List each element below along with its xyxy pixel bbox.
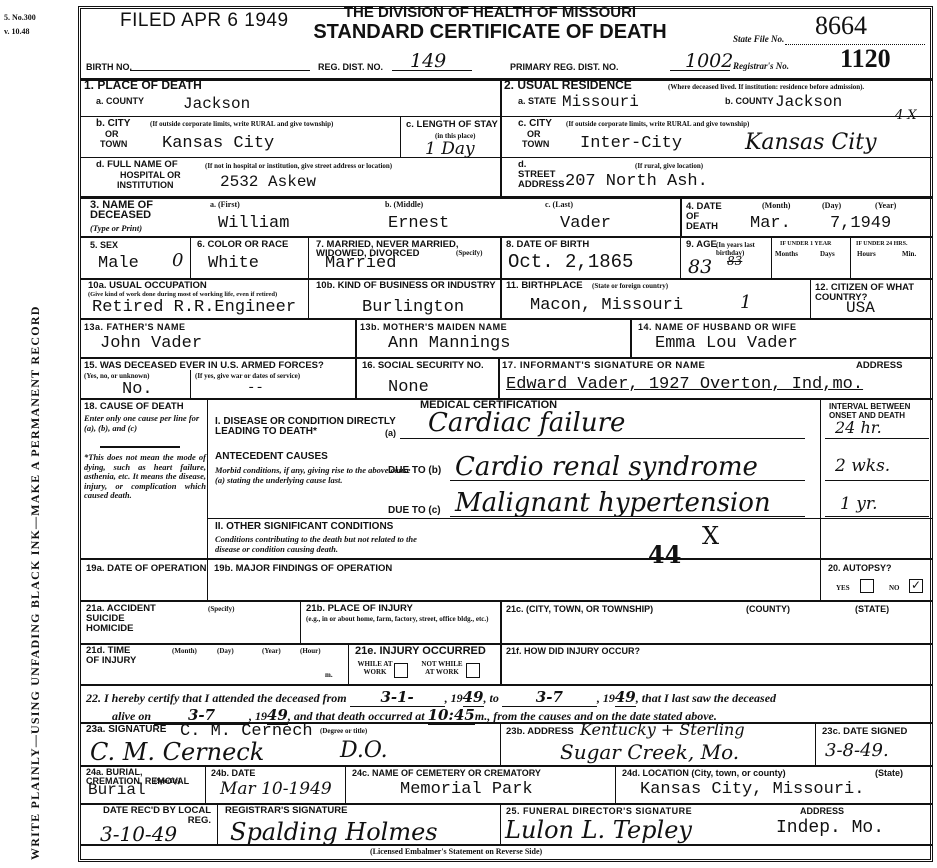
while-at-work-checkbox[interactable]	[394, 663, 408, 678]
pod-city-label: b. CITY	[96, 119, 130, 129]
funeral-director-signature: Lulon L. Tepley	[505, 816, 692, 844]
dod-dayyear-value[interactable]: 7,1949	[830, 216, 891, 232]
occupation-value[interactable]: Retired R.R.Engineer	[92, 300, 296, 316]
armed-forces-label: 15. WAS DECEASED EVER IN U.S. ARMED FORC…	[84, 361, 324, 371]
degree-value[interactable]: D.O.	[340, 738, 388, 763]
certify-text-3: , and that death occurred at	[288, 709, 425, 723]
year-prefix-1: , 19	[445, 691, 463, 705]
age-note: (In years last birthday)	[716, 241, 771, 257]
name-note: (Type or Print)	[90, 224, 142, 234]
burial-method-value[interactable]: Burial	[88, 782, 146, 798]
state-file-label: State File No.	[733, 34, 784, 44]
marital-note: (Specify)	[456, 249, 482, 257]
res-city-label: c. CITY	[518, 119, 552, 129]
to-text: , to	[484, 691, 499, 705]
physician-signature: C. M. Cerneck	[90, 738, 264, 766]
cause-note: Enter only one cause per line for (a), (…	[84, 414, 204, 433]
state-file-number: 8664	[815, 11, 867, 41]
name-label: 3. NAME OF DECEASED	[90, 200, 170, 220]
hospital-label-3: INSTITUTION	[117, 180, 174, 190]
armed-note-a: (Yes, no, or unknown)	[84, 372, 149, 380]
hours-label: Hours	[857, 250, 876, 258]
annotation-mark: X	[702, 522, 719, 550]
registrar-signature: Spalding Holmes	[230, 818, 438, 846]
res-state-value[interactable]: Missouri	[562, 94, 639, 110]
interval-a-line	[825, 438, 929, 439]
stay-label: c. LENGTH OF STAY	[406, 120, 498, 130]
reg-dist-label: REG. DIST. NO.	[318, 62, 383, 72]
days-label: Days	[820, 250, 835, 258]
injury-m-label: m.	[325, 671, 333, 679]
hospital-value[interactable]: 2532 Askew	[220, 174, 316, 190]
injury-year-label: (Year)	[262, 647, 281, 655]
first-name-label: a. (First)	[210, 201, 240, 209]
injury-county-label: (COUNTY)	[746, 604, 790, 614]
year-prefix-2: , 19	[597, 691, 615, 705]
birth-no-label: BIRTH NO.	[86, 62, 132, 72]
burial-location-value[interactable]: Kansas City, Missouri.	[640, 782, 864, 798]
dod-month-label: (Month)	[762, 202, 790, 210]
res-city-note: (If outside corporate limits, write RURA…	[566, 120, 749, 128]
antecedent-label: ANTECEDENT CAUSES	[215, 452, 328, 462]
father-label: 13a. FATHER'S NAME	[84, 322, 186, 332]
pod-city-note: (If outside corporate limits, write RURA…	[150, 120, 333, 128]
birthplace-note: (State or foreign country)	[592, 282, 668, 290]
autopsy-label: 20. AUTOPSY?	[828, 563, 892, 573]
under-year-label: IF UNDER 1 YEAR	[780, 240, 831, 248]
line-c-label: DUE TO (c)	[388, 506, 441, 516]
injury-time-label: 21d. TIME OF INJURY	[86, 646, 146, 666]
birthplace-code: 1	[740, 292, 751, 313]
injury-month-label: (Month)	[172, 647, 197, 655]
cemetery-value[interactable]: Memorial Park	[400, 782, 533, 798]
autopsy-no-label: NO	[889, 584, 900, 592]
interval-c-line	[825, 516, 929, 517]
cause-label: 18. CAUSE OF DEATH	[84, 402, 184, 412]
middle-name-label: b. (Middle)	[385, 201, 423, 209]
birthplace-label: 11. BIRTHPLACE	[506, 281, 583, 291]
burial-method-note: (Specify)	[154, 777, 180, 785]
father-value[interactable]: John Vader	[100, 336, 202, 352]
interval-b-line	[825, 480, 929, 481]
not-while-at-work-checkbox[interactable]	[466, 663, 480, 678]
dod-day-label: (Day)	[822, 202, 841, 210]
part2-label: II. OTHER SIGNIFICANT CONDITIONS	[215, 522, 393, 532]
cause-footnote: *This does not mean the mode of dying, s…	[84, 453, 206, 501]
attended-to-year[interactable]: 49	[615, 688, 636, 707]
injury-location-label: 21c. (CITY, TOWN, OR TOWNSHIP)	[506, 604, 653, 614]
autopsy-yes-label: YES	[836, 584, 850, 592]
funeral-director-label: 25. FUNERAL DIRECTOR'S SIGNATURE	[506, 806, 692, 816]
res-state-label: a. STATE	[518, 96, 556, 106]
res-street-value[interactable]: 207 North Ash.	[565, 174, 708, 190]
birthplace-value[interactable]: Macon, Missouri	[530, 298, 683, 314]
pod-city-or: OR	[105, 129, 119, 139]
funeral-director-address-label: ADDRESS	[800, 806, 844, 816]
signature-label: 23a. SIGNATURE	[86, 725, 166, 735]
degree-label: (Degree or title)	[320, 727, 367, 735]
injury-type-label: 21a. ACCIDENT SUICIDE HOMICIDE	[86, 604, 156, 634]
business-value[interactable]: Burlington	[362, 300, 464, 316]
hospital-label-2: HOSPITAL OR	[120, 170, 181, 180]
primary-reg-label: PRIMARY REG. DIST. NO.	[510, 62, 619, 72]
pod-county-label: a. COUNTY	[96, 96, 144, 106]
injury-occurred-label: 21e. INJURY OCCURRED	[355, 646, 486, 656]
form-authority: THE DIVISION OF HEALTH OF MISSOURI	[330, 4, 650, 21]
mother-value[interactable]: Ann Mannings	[388, 336, 510, 352]
physician-address-line2[interactable]: Sugar Creek, Mo.	[560, 740, 739, 764]
form-revision: v. 10.48	[4, 28, 30, 36]
marital-value[interactable]: Married	[325, 256, 396, 272]
sex-value[interactable]: Male	[98, 256, 139, 272]
res-street-note: (If rural, give location)	[635, 162, 703, 170]
attended-from-date[interactable]: 3-1-	[350, 688, 445, 707]
under-day-label: IF UNDER 24 HRS.	[856, 240, 907, 248]
dod-month-value[interactable]: Mar.	[750, 216, 791, 232]
business-label: 10b. KIND OF BUSINESS OR INDUSTRY	[316, 281, 496, 291]
certify-text-2: , that I last saw the deceased	[636, 691, 776, 705]
burial-location-label: 24d. LOCATION (City, town, or county)	[622, 768, 786, 778]
last-name-value[interactable]: Vader	[560, 216, 611, 232]
residence-note: (Where deceased lived. If institution: r…	[668, 83, 930, 91]
funeral-director-address[interactable]: Indep. Mo.	[776, 820, 884, 836]
injury-place-note: (e.g., in or about home, farm, factory, …	[306, 615, 501, 623]
injury-type-note: (Specify)	[208, 605, 234, 613]
injury-day-label: (Day)	[217, 647, 234, 655]
interval-b-value[interactable]: 2 wks.	[835, 456, 890, 476]
cause-divider	[100, 446, 180, 448]
op-date-label: 19a. DATE OF OPERATION	[86, 564, 206, 574]
occupation-note: (Give kind of work done during most of w…	[88, 291, 308, 298]
ssn-label: 16. SOCIAL SECURITY NO.	[362, 361, 484, 371]
cause-a-value[interactable]: Cardiac failure	[428, 408, 625, 438]
physician-address-line1[interactable]: Kentucky + Sterling	[580, 720, 745, 739]
dob-label: 8. DATE OF BIRTH	[506, 240, 589, 250]
line-a	[400, 438, 805, 439]
form-title: STANDARD CERTIFICATE OF DEATH	[310, 21, 670, 44]
spouse-label: 14. NAME OF HUSBAND OR WIFE	[638, 322, 797, 332]
part1-label: I. DISEASE OR CONDITION DIRECTLY LEADING…	[215, 417, 405, 437]
spouse-value[interactable]: Emma Lou Vader	[655, 336, 798, 352]
sex-code: 0	[172, 250, 183, 271]
race-value[interactable]: White	[208, 256, 259, 272]
alive-text: alive on	[112, 709, 151, 723]
registrar-signature-label: REGISTRAR'S SIGNATURE	[225, 806, 347, 816]
first-name-value[interactable]: William	[218, 216, 289, 232]
not-while-at-work-label: NOT WHILE AT WORK	[418, 660, 466, 676]
while-at-work-label: WHILE AT WORK	[355, 660, 395, 676]
armed-note-b: (If yes, give war or dates of service)	[195, 372, 300, 380]
autopsy-no-checkbox[interactable]: ✓	[909, 579, 923, 593]
age-label: 9. AGE	[686, 240, 717, 250]
middle-name-value[interactable]: Ernest	[388, 216, 449, 232]
place-of-death-label: 1. PLACE OF DEATH	[84, 80, 202, 90]
cause-c-value[interactable]: Malignant hypertension	[455, 488, 771, 518]
race-label: 6. COLOR OR RACE	[197, 240, 288, 250]
hospital-label: d. FULL NAME OF	[96, 160, 178, 170]
injury-how-label: 21f. HOW DID INJURY OCCUR?	[506, 646, 640, 656]
annotation-44: 44	[648, 540, 681, 569]
pod-county-value[interactable]: Jackson	[183, 96, 250, 112]
injury-state-label: (STATE)	[855, 604, 889, 614]
registrar-number: 1120	[840, 44, 891, 74]
injury-hour-label: (Hour)	[300, 647, 321, 655]
filed-stamp: FILED APR 6 1949	[120, 10, 289, 32]
informant-address-label: ADDRESS	[856, 361, 902, 371]
injury-place-label: 21b. PLACE OF INJURY	[306, 604, 413, 614]
line-a-label: (a)	[385, 428, 396, 438]
res-street-label: d. STREET ADDRESS	[518, 160, 564, 190]
sex-label: 5. SEX	[90, 240, 118, 250]
autopsy-yes-checkbox[interactable]	[860, 579, 874, 593]
min-label: Min.	[902, 250, 916, 258]
primary-reg-line	[670, 70, 730, 71]
months-label: Months	[775, 250, 798, 258]
armed-service-value[interactable]: --	[247, 380, 264, 396]
burial-date-value[interactable]: Mar 10-1949	[220, 779, 332, 799]
occupation-label: 10a. USUAL OCCUPATION	[88, 281, 207, 291]
stay-value[interactable]: 1 Day	[425, 139, 475, 159]
primary-reg-number[interactable]: 1002	[685, 50, 733, 72]
hospital-note: (If not in hospital or institution, give…	[205, 162, 392, 170]
line-b-label: DUE TO (b)	[388, 466, 441, 476]
informant-label: 17. INFORMANT'S SIGNATURE OR NAME	[502, 361, 705, 371]
birth-no-field[interactable]	[130, 70, 310, 71]
ssn-value[interactable]: None	[388, 380, 429, 396]
year-prefix-3: , 19	[249, 709, 267, 723]
checkmark-icon: ✓	[911, 578, 921, 592]
registrar-no-label: Registrar's No.	[733, 61, 789, 71]
interval-a-value[interactable]: 24 hr.	[835, 418, 882, 437]
antecedent-note: Morbid conditions, if any, giving rise t…	[215, 466, 415, 485]
date-signed-label: 23c. DATE SIGNED	[822, 727, 907, 737]
date-received-value[interactable]: 3-10-49	[100, 822, 177, 846]
attended-from-year[interactable]: 49	[463, 688, 484, 707]
cause-b-value[interactable]: Cardio renal syndrome	[455, 452, 758, 482]
informant-value[interactable]: Edward Vader, 1927 Overton, Ind,mo.	[506, 377, 863, 393]
side-instruction: WRITE PLAINLY—USING UNFADING BLACK INK—M…	[28, 305, 43, 860]
res-county-value[interactable]: Jackson	[775, 94, 842, 110]
embalmer-footer-note: (Licensed Embalmer's Statement on Revers…	[370, 848, 542, 856]
part2-note: Conditions contributing to the death but…	[215, 535, 435, 554]
residence-label: 2. USUAL RESIDENCE	[504, 80, 632, 90]
physician-address-label: 23b. ADDRESS	[506, 727, 574, 737]
reg-dist-line	[392, 70, 472, 71]
res-city-correction: Kansas City	[745, 130, 877, 155]
res-county-label: b. COUNTY	[725, 96, 774, 106]
last-name-label: c. (Last)	[545, 201, 573, 209]
burial-state-label: (State)	[875, 768, 903, 778]
dod-label: 4. DATE OF DEATH	[686, 202, 726, 232]
pod-city-town: TOWN	[100, 139, 127, 149]
certify-text-1: 22. I hereby certify that I attended the…	[86, 691, 347, 705]
citizen-value[interactable]: USA	[846, 300, 875, 316]
attended-to-date[interactable]: 3-7	[502, 688, 597, 707]
armed-value[interactable]: No.	[122, 382, 153, 398]
age-struck-value: 83	[727, 254, 742, 268]
res-city-value[interactable]: Inter-City	[580, 136, 682, 152]
op-findings-label: 19b. MAJOR FINDINGS OF OPERATION	[214, 564, 392, 574]
mother-label: 13b. MOTHER'S MAIDEN NAME	[360, 322, 507, 332]
burial-date-label: 24b. DATE	[211, 768, 255, 778]
reg-dist-number[interactable]: 149	[410, 50, 446, 72]
form-number: 5. No.300	[4, 14, 36, 22]
age-value[interactable]: 83	[688, 256, 712, 278]
pod-city-value[interactable]: Kansas City	[162, 136, 274, 152]
dod-year-label: (Year)	[875, 202, 896, 210]
certify-line-1: 22. I hereby certify that I attended the…	[86, 688, 776, 707]
interval-c-value[interactable]: 1 yr.	[840, 494, 878, 514]
cemetery-label: 24c. NAME OF CEMETERY OR CREMATORY	[352, 768, 541, 778]
res-city-or: OR	[527, 129, 541, 139]
dob-value[interactable]: Oct. 2,1865	[508, 254, 633, 270]
date-signed-value[interactable]: 3-8-49.	[825, 740, 889, 761]
res-city-town: TOWN	[522, 139, 549, 149]
